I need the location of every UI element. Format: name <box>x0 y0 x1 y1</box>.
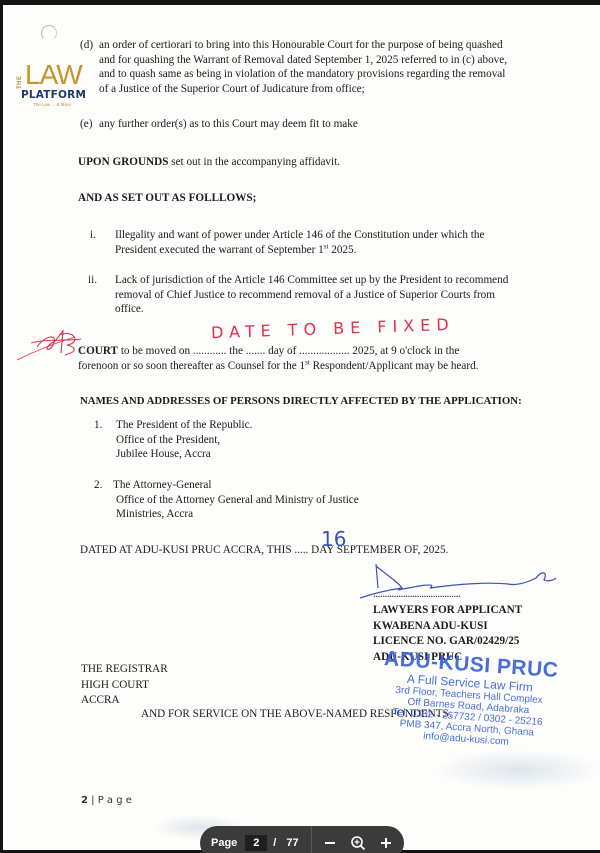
handwritten-initials <box>15 327 85 363</box>
ground-number: i. <box>90 228 96 243</box>
minus-icon <box>323 836 337 850</box>
zoom-out-button[interactable] <box>318 831 342 853</box>
page-number-input[interactable] <box>245 835 267 851</box>
logo-the: THE <box>17 76 23 90</box>
as-set-out-heading: AND AS SET OUT AS FOLLLOWS; <box>78 191 256 206</box>
prayer-d-label: (d) <box>80 38 93 53</box>
prayer-e: any further order(s) as to this Court ma… <box>99 117 358 132</box>
prayer-d: an order of certiorari to bring into thi… <box>99 38 539 96</box>
pdf-page: THE LAW PLATFORM The Law ... & More (d) … <box>3 5 600 850</box>
punch-hole-mark <box>41 25 57 41</box>
logo-platform: PLATFORM <box>21 89 86 101</box>
total-pages: 77 <box>286 837 298 849</box>
zoom-button[interactable] <box>346 831 370 853</box>
scan-smudge <box>433 750 600 790</box>
signature-line: ...................................... <box>373 587 460 602</box>
page-footer: 2 | P a g e <box>81 795 132 806</box>
plus-icon <box>379 836 393 850</box>
dated-line: DATED AT ADU-KUSI PRUC ACCRA, THIS .....… <box>80 543 448 558</box>
person-number: 1. <box>94 418 102 433</box>
magnifier-icon <box>350 835 366 851</box>
registrar-address: THE REGISTRAR HIGH COURT ACCRA <box>81 662 168 709</box>
prayer-d-line: and to quash same as being in violation … <box>99 67 539 82</box>
court-motion: COURT to be moved on ............ the ..… <box>78 344 538 373</box>
prayer-d-line: of a Justice of the Superior Court of Ju… <box>99 82 539 97</box>
law-platform-logo: THE LAW PLATFORM The Law ... & More <box>15 61 95 111</box>
page-label: Page <box>211 837 237 849</box>
person-number: 2. <box>94 478 102 493</box>
person-1: The President of the Republic. Office of… <box>116 418 252 462</box>
persons-heading: NAMES AND ADDRESSES OF PERSONS DIRECTLY … <box>80 394 522 409</box>
person-2: The Attorney-General Office of the Attor… <box>113 478 359 522</box>
upon-grounds: UPON GROUNDS set out in the accompanying… <box>78 155 340 170</box>
law-firm-stamp: ADU-KUSI PRUC A Full Service Law Firm 3r… <box>379 647 559 751</box>
pdf-toolbar: Page / 77 <box>200 826 404 853</box>
prayer-d-line: and for quashing the Warrant of Removal … <box>99 53 539 68</box>
ground-number: ii. <box>88 273 97 288</box>
handwritten-day: 16 <box>321 527 346 551</box>
logo-tagline: The Law ... & More <box>33 102 71 107</box>
logo-law: LAW <box>25 59 82 91</box>
toolbar-divider <box>311 826 312 853</box>
page-separator: / <box>273 837 276 849</box>
prayer-e-label: (e) <box>80 117 92 132</box>
ground-i: Illegality and want of power under Artic… <box>115 228 537 257</box>
ground-ii: Lack of jurisdiction of the Article 146 … <box>115 273 537 317</box>
handwritten-date-note: DATE TO BE FIXED <box>211 315 455 342</box>
zoom-in-button[interactable] <box>374 831 398 853</box>
prayer-d-line: an order of certiorari to bring into thi… <box>99 38 539 53</box>
